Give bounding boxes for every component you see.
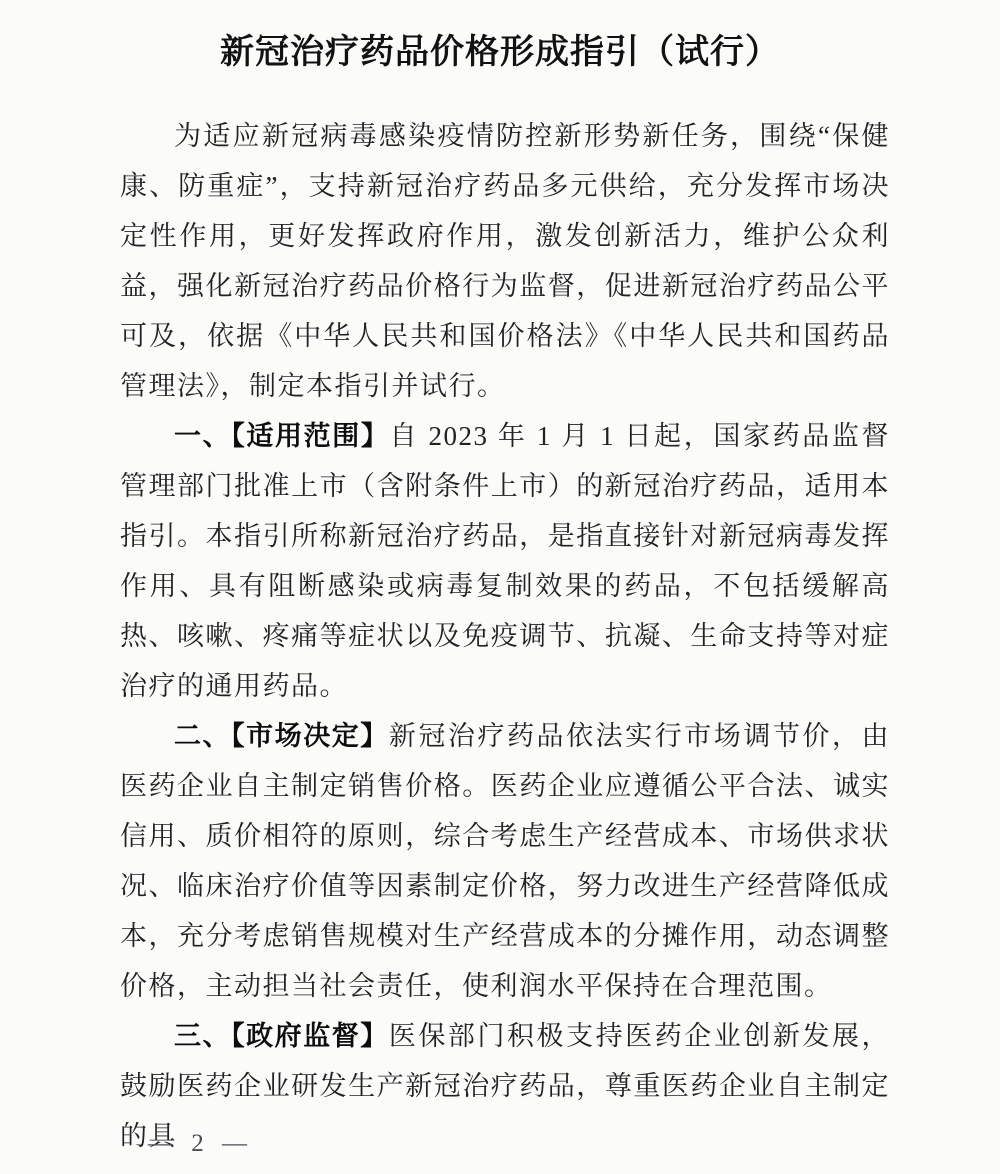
paragraph-text: 自 2023 年 1 月 1 日起，国家药品监督管理部门批准上市（含附条件上市）…	[120, 421, 890, 701]
paragraph-market: 二、【市场决定】新冠治疗药品依法实行市场调节价，由医药企业自主制定销售价格。医药…	[120, 711, 890, 1011]
paragraph-intro: 为适应新冠病毒感染疫情防控新形势新任务，围绕“保健康、防重症”，支持新冠治疗药品…	[120, 111, 890, 411]
document-page: 新冠治疗药品价格形成指引（试行） 为适应新冠病毒感染疫情防控新形势新任务，围绕“…	[0, 0, 1000, 1174]
page-number: — 2 —	[148, 1130, 253, 1158]
paragraph-text: 新冠治疗药品依法实行市场调节价，由医药企业自主制定销售价格。医药企业应遵循公平合…	[120, 721, 890, 1001]
section-heading-supervision: 三、【政府监督】	[174, 1021, 389, 1051]
section-heading-market: 二、【市场决定】	[174, 721, 389, 751]
document-title: 新冠治疗药品价格形成指引（试行）	[0, 0, 1000, 86]
section-heading-scope: 一、【适用范围】	[174, 421, 389, 451]
paragraph-text: 为适应新冠病毒感染疫情防控新形势新任务，围绕“保健康、防重症”，支持新冠治疗药品…	[120, 121, 890, 401]
paragraph-scope: 一、【适用范围】自 2023 年 1 月 1 日起，国家药品监督管理部门批准上市…	[120, 411, 890, 711]
document-body: 为适应新冠病毒感染疫情防控新形势新任务，围绕“保健康、防重症”，支持新冠治疗药品…	[0, 86, 1000, 1161]
